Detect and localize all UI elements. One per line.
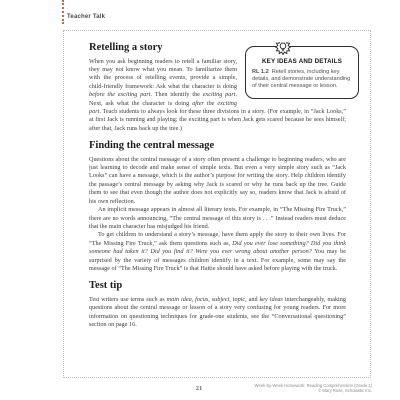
paragraph: Questions about the central message of a…: [89, 156, 359, 206]
section-heading-test-tip: Test tip: [89, 280, 359, 292]
standard-code: RL 1.2: [252, 69, 269, 75]
callout-body: RL 1.2Retell stories, including key deta…: [252, 69, 352, 91]
footer-line2: © Mary Rose, Scholastic Inc.: [255, 388, 372, 393]
key-ideas-callout: KEY IDEAS AND DETAILS RL 1.2Retell stori…: [245, 46, 359, 99]
section-heading-finding-the-central-message: Finding the central message: [89, 140, 359, 152]
paragraph: An implicit message appears in almost al…: [89, 206, 359, 231]
book-page: Teacher Talk KEY IDEAS AND DETAILS RL 1.…: [0, 0, 400, 400]
lightbulb-badge-icon: [275, 42, 291, 55]
callout-title: KEY IDEAS AND DETAILS: [252, 58, 352, 65]
page-number: 21: [188, 385, 210, 392]
page-header-label: Teacher Talk: [67, 14, 105, 20]
footer-credit: Week-by-Week Homework: Reading Comprehen…: [255, 383, 372, 394]
paragraph: Test writers use terms such as main idea…: [89, 296, 359, 330]
paragraph: To get children to understand a story’s …: [89, 231, 359, 273]
page-content: KEY IDEAS AND DETAILS RL 1.2Retell stori…: [89, 42, 359, 368]
crop-mark: [62, 0, 64, 24]
content-border: KEY IDEAS AND DETAILS RL 1.2Retell stori…: [63, 30, 371, 378]
